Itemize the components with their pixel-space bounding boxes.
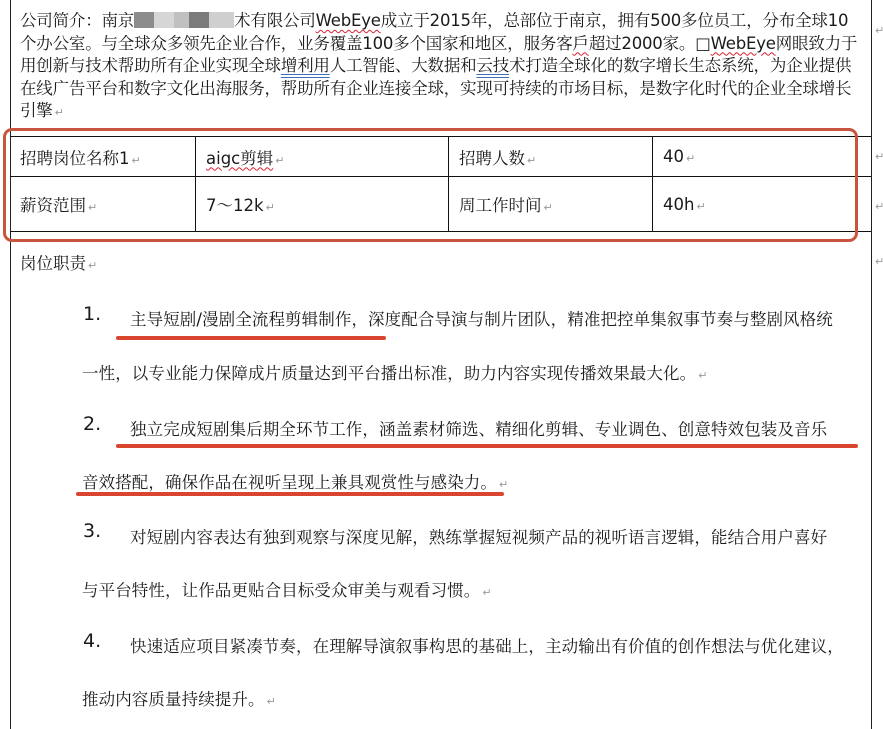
duty-1-line-1: 主导短剧/漫剧全流程剪辑制作，深度配合导演与制片团队，精准把控单集叙事节奏与整剧… (130, 306, 833, 330)
list-number: 4. (83, 630, 101, 652)
page-border-right (871, 0, 872, 729)
grammar-flag: 云技 (476, 56, 509, 75)
red-underline-annotation (76, 492, 504, 496)
brand-name-spellcheck: WebEye (316, 11, 381, 30)
red-underline-annotation (116, 336, 386, 340)
list-number: 1. (83, 303, 101, 325)
section-title: 岗位职责↵ (20, 250, 97, 274)
duty-3-line-1: 对短剧内容表达有独到观察与深度见解，熟练掌握短视频产品的视听语言逻辑，能结合用户… (130, 524, 827, 548)
grammar-flag: 增利用 (281, 56, 330, 75)
spellcheck-word: 戶 (573, 34, 589, 53)
intro-text: 公司简介：南京 (20, 11, 134, 30)
paragraph-mark: ↵ (875, 24, 883, 37)
redacted-company-name (134, 12, 234, 28)
paragraph-mark: ↵ (875, 200, 883, 213)
red-underline-annotation (116, 444, 858, 448)
red-annotation-box (3, 128, 858, 242)
brand-name-spellcheck: WebEye (711, 34, 776, 53)
duty-3-line-2: 与平台特性，让作品更贴合目标受众审美与观看习惯。↵ (82, 577, 492, 601)
duty-4-line-1: 快速适应项目紧凑节奏，在理解导演叙事构思的基础上，主动输出有价值的创作想法与优化… (130, 633, 844, 657)
paragraph-mark: ↵ (875, 255, 883, 268)
company-intro-paragraph: 公司简介：南京术有限公司WebEye成立于2015年，总部位于南京，拥有500多… (20, 10, 860, 125)
duty-2-line-1: 独立完成短剧集后期全环节工作，涵盖素材筛选、精细化剪辑、专业调色、创意特效包装及… (130, 416, 827, 440)
page-border-left (10, 0, 11, 729)
intro-text: 术有限公司 (234, 11, 316, 30)
paragraph-mark: ↵ (875, 150, 883, 163)
intro-text: 超过2000家。 (589, 34, 695, 53)
list-number: 3. (83, 520, 101, 542)
duty-1-line-2: 一性，以专业能力保障成片质量达到平台播出标准，助力内容实现传播效果最大化。↵ (82, 360, 708, 384)
paragraph-mark: ↵ (55, 106, 64, 119)
duty-4-line-2: 推动内容质量持续提升。↵ (82, 686, 276, 710)
list-number: 2. (83, 413, 101, 435)
duty-2-line-2: 音效搭配，确保作品在视听呈现上兼具观赏性与感染力。↵ (82, 469, 508, 493)
intro-text: 人工智能、大数据和 (330, 56, 477, 75)
